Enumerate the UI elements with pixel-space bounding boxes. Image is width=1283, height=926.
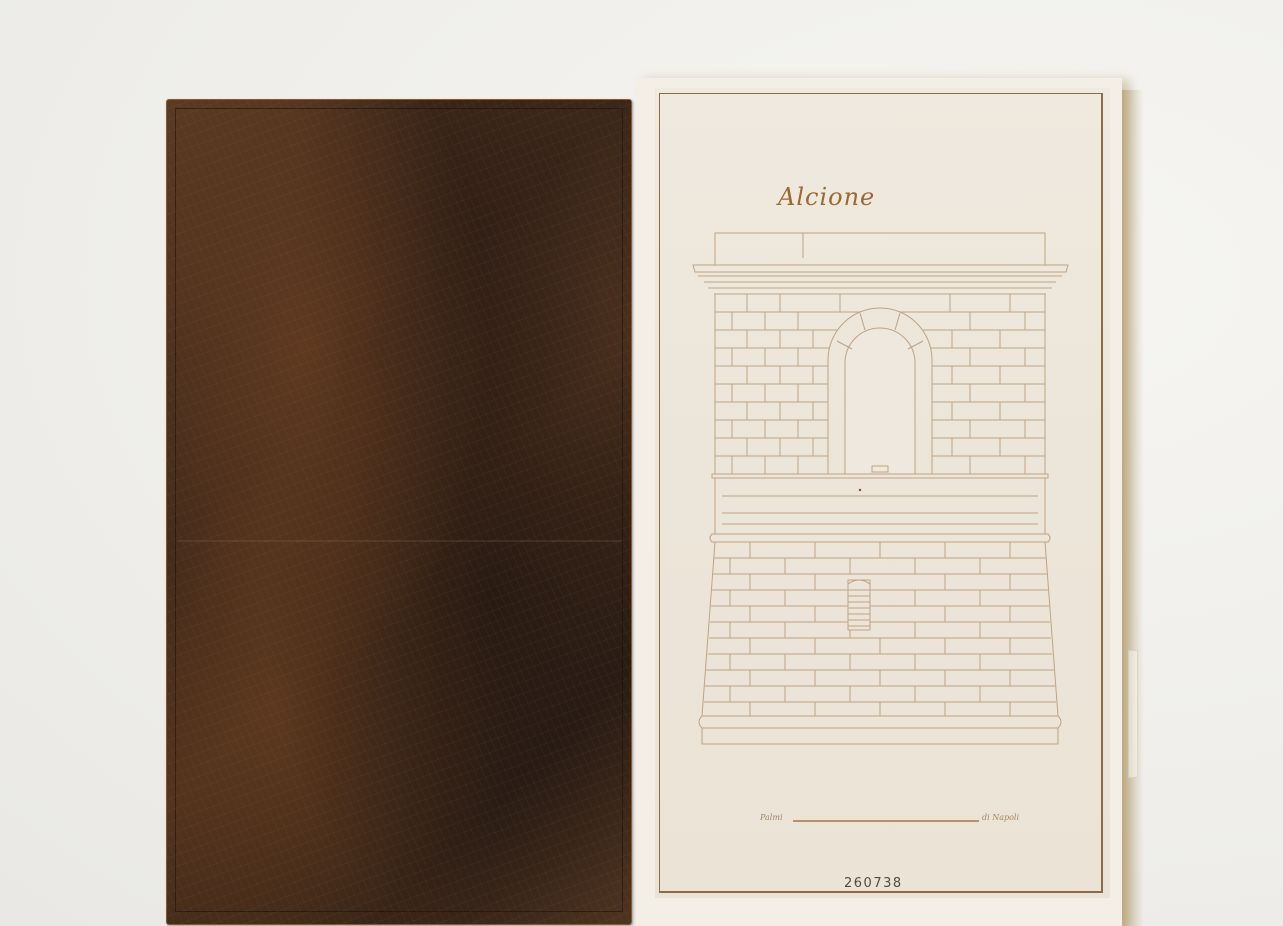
mount-shadow (1122, 90, 1144, 926)
scale-bar: Palmi di Napoli (760, 811, 1035, 825)
copper-plate (166, 99, 632, 925)
photo-scene: Alcione (0, 0, 1283, 926)
scale-line (793, 820, 979, 822)
architectural-elevation (690, 228, 1075, 753)
glass-edge (1128, 650, 1138, 778)
scale-label-left: Palmi (760, 813, 783, 822)
catalog-number: 260738 (844, 876, 903, 891)
scale-label-right: di Napoli (982, 813, 1019, 822)
plate-scratch-line (177, 540, 621, 542)
print-title: Alcione (778, 183, 875, 211)
